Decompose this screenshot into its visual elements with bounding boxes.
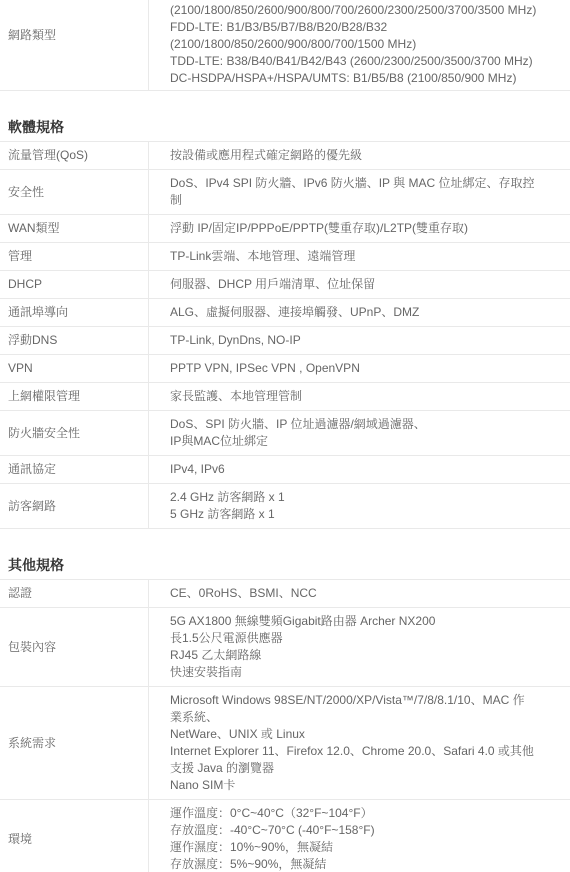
spec-row: 管理TP-Link雲端、本地管理、遠端管理 (0, 243, 570, 271)
spec-value: (2100/1800/850/2600/900/800/700/2600/230… (149, 0, 570, 90)
spec-table: 認證CE、0RoHS、BSMI、NCC包裝內容5G AX1800 無線雙頻Gig… (0, 579, 570, 872)
spec-label: DHCP (0, 271, 149, 298)
spec-row: 訪客網路2.4 GHz 訪客網路 x 1 5 GHz 訪客網路 x 1 (0, 484, 570, 529)
spec-page: 網路類型(2100/1800/850/2600/900/800/700/2600… (0, 0, 570, 872)
spec-value: 運作溫度：0°C~40°C（32°F~104°F） 存放溫度：-40°C~70°… (149, 800, 570, 872)
spec-value: Microsoft Windows 98SE/NT/2000/XP/Vista™… (149, 687, 570, 799)
spec-label: 包裝內容 (0, 608, 149, 686)
spec-table: 網路類型(2100/1800/850/2600/900/800/700/2600… (0, 0, 570, 91)
spec-label: 通訊埠導向 (0, 299, 149, 326)
spec-value: 浮動 IP/固定IP/PPPoE/PPTP(雙重存取)/L2TP(雙重存取) (149, 215, 570, 242)
spec-value: DoS、IPv4 SPI 防火牆、IPv6 防火牆、IP 與 MAC 位址綁定、… (149, 170, 570, 214)
spec-row: 包裝內容5G AX1800 無線雙頻Gigabit路由器 Archer NX20… (0, 608, 570, 687)
spec-row: 流量管理(QoS)按設備或應用程式確定網路的優先級 (0, 142, 570, 170)
spec-label: 安全性 (0, 170, 149, 214)
spec-label: 系統需求 (0, 687, 149, 799)
section-title: 其他規格 (0, 556, 570, 575)
spec-row: 認證CE、0RoHS、BSMI、NCC (0, 580, 570, 608)
spec-label: 防火牆安全性 (0, 411, 149, 455)
spec-label: 管理 (0, 243, 149, 270)
spec-row: 通訊埠導向ALG、虛擬伺服器、連接埠觸發、UPnP、DMZ (0, 299, 570, 327)
spec-value: TP-Link雲端、本地管理、遠端管理 (149, 243, 570, 270)
spec-row: VPNPPTP VPN, IPSec VPN , OpenVPN (0, 355, 570, 383)
spec-row: 通訊協定IPv4, IPv6 (0, 456, 570, 484)
spec-value: 按設備或應用程式確定網路的優先級 (149, 142, 570, 169)
spec-label: 上網權限管理 (0, 383, 149, 410)
spec-row: WAN類型浮動 IP/固定IP/PPPoE/PPTP(雙重存取)/L2TP(雙重… (0, 215, 570, 243)
spec-label: VPN (0, 355, 149, 382)
spec-label: 環境 (0, 800, 149, 872)
spec-value: TP-Link, DynDns, NO-IP (149, 327, 570, 354)
spec-value: 家長監護、本地管理管制 (149, 383, 570, 410)
spec-row: 安全性DoS、IPv4 SPI 防火牆、IPv6 防火牆、IP 與 MAC 位址… (0, 170, 570, 215)
spec-label: 流量管理(QoS) (0, 142, 149, 169)
spec-label: 浮動DNS (0, 327, 149, 354)
spec-row: 環境運作溫度：0°C~40°C（32°F~104°F） 存放溫度：-40°C~7… (0, 800, 570, 872)
spec-value: CE、0RoHS、BSMI、NCC (149, 580, 570, 607)
spec-row: 系統需求Microsoft Windows 98SE/NT/2000/XP/Vi… (0, 687, 570, 800)
spec-value: 5G AX1800 無線雙頻Gigabit路由器 Archer NX200 長1… (149, 608, 570, 686)
spec-label: 通訊協定 (0, 456, 149, 483)
spec-row: 上網權限管理家長監護、本地管理管制 (0, 383, 570, 411)
spec-value: ALG、虛擬伺服器、連接埠觸發、UPnP、DMZ (149, 299, 570, 326)
spec-row: DHCP伺服器、DHCP 用戶端清單、位址保留 (0, 271, 570, 299)
spec-value: PPTP VPN, IPSec VPN , OpenVPN (149, 355, 570, 382)
spec-label: 訪客網路 (0, 484, 149, 528)
spec-label: WAN類型 (0, 215, 149, 242)
spec-table: 流量管理(QoS)按設備或應用程式確定網路的優先級安全性DoS、IPv4 SPI… (0, 141, 570, 529)
spec-row: 網路類型(2100/1800/850/2600/900/800/700/2600… (0, 0, 570, 91)
spec-label: 認證 (0, 580, 149, 607)
spec-label: 網路類型 (0, 0, 149, 90)
spec-value: DoS、SPI 防火牆、IP 位址過濾器/網域過濾器、 IP與MAC位址綁定 (149, 411, 570, 455)
spec-value: 2.4 GHz 訪客網路 x 1 5 GHz 訪客網路 x 1 (149, 484, 570, 528)
section-title: 軟體規格 (0, 118, 570, 137)
spec-row: 防火牆安全性DoS、SPI 防火牆、IP 位址過濾器/網域過濾器、 IP與MAC… (0, 411, 570, 456)
spec-value: IPv4, IPv6 (149, 456, 570, 483)
spec-value: 伺服器、DHCP 用戶端清單、位址保留 (149, 271, 570, 298)
spec-row: 浮動DNSTP-Link, DynDns, NO-IP (0, 327, 570, 355)
